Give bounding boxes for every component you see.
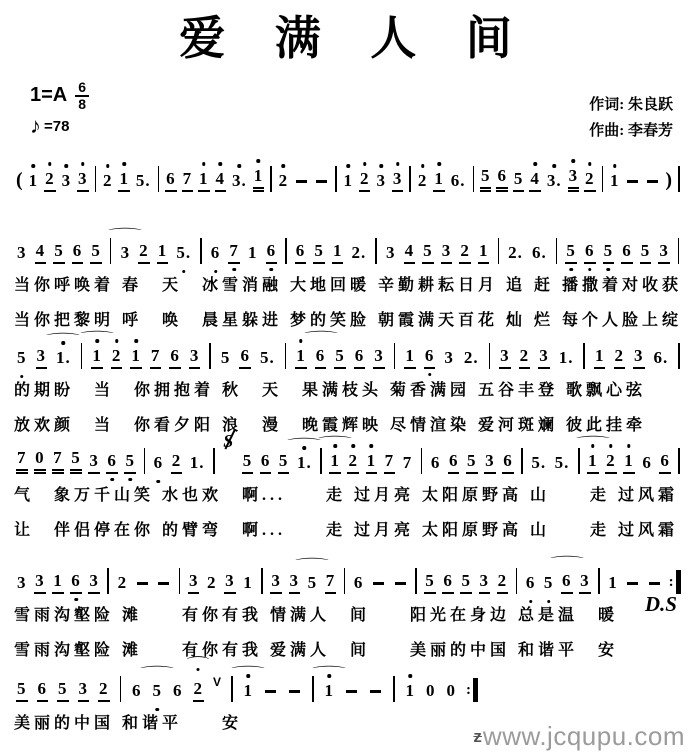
barline bbox=[120, 676, 122, 702]
note-digit: 3 bbox=[485, 451, 495, 470]
note: 5 bbox=[70, 447, 82, 474]
note-digit: 3 bbox=[580, 571, 590, 590]
note: 6 bbox=[354, 345, 366, 369]
note: 3 bbox=[36, 345, 48, 369]
note-digit: 3 bbox=[539, 346, 549, 365]
note-digit: 1 bbox=[131, 346, 141, 365]
slur-arc: ⌒ bbox=[287, 438, 321, 451]
octave-dot-below bbox=[428, 373, 432, 377]
note: 2 bbox=[98, 678, 110, 702]
barline bbox=[144, 448, 146, 474]
note: 0 bbox=[425, 680, 437, 702]
note-digit: 0 bbox=[447, 681, 457, 700]
watermark-logo-icon: z bbox=[473, 727, 482, 747]
music-system-4: 3316323231335⌒7656532656⌒31: 雪雨沟壑险 滩 有你有… bbox=[14, 548, 683, 664]
note: 3⌒ bbox=[120, 242, 132, 264]
note-digit: 7 bbox=[385, 451, 395, 470]
note-digit: 6 bbox=[622, 241, 632, 260]
note: 5 bbox=[220, 347, 232, 369]
octave-dot-below bbox=[182, 270, 186, 274]
note: 1⌒ bbox=[243, 680, 255, 702]
barline bbox=[95, 166, 97, 192]
barline bbox=[409, 166, 411, 192]
note-digit: 3 bbox=[271, 571, 281, 590]
barline bbox=[498, 238, 500, 264]
note-digit: 1. bbox=[190, 453, 205, 472]
lyric-line: 气 象万千山笑 水也欢 啊... 走 过月亮 太阳原野高 山 走 过风霜 bbox=[14, 483, 683, 509]
barline bbox=[158, 166, 160, 192]
note-digit: 3 bbox=[89, 571, 99, 590]
note-digit: 2 bbox=[520, 346, 530, 365]
eighth-note-icon: ♪ bbox=[30, 117, 41, 135]
fermata-dot bbox=[197, 668, 200, 671]
note: 6 bbox=[37, 678, 49, 702]
note-digit: 3 bbox=[376, 171, 386, 190]
note-digit: 5 bbox=[221, 348, 231, 367]
note: 6 bbox=[106, 450, 118, 474]
slur-arc: ⌒ bbox=[231, 666, 265, 679]
note: 6 bbox=[210, 242, 222, 264]
note-digit: 7 bbox=[326, 571, 336, 590]
note: 5. bbox=[135, 170, 152, 192]
note-digit: 1 bbox=[244, 681, 254, 700]
note-digit: 3 bbox=[444, 348, 454, 367]
octave-dot-below bbox=[128, 478, 132, 482]
octave-dot-above bbox=[409, 674, 413, 678]
thick-barline bbox=[473, 678, 478, 702]
octave-dot-above bbox=[363, 162, 367, 166]
meter-numerator: 6 bbox=[75, 80, 89, 97]
note: 0 bbox=[446, 680, 458, 702]
note: 6 bbox=[584, 240, 596, 264]
note: 5⌒ bbox=[152, 680, 164, 702]
note: 2 bbox=[359, 168, 371, 192]
note-digit: 6 bbox=[355, 346, 365, 365]
note-digit: 1 bbox=[254, 166, 264, 185]
note-digit: 0 bbox=[35, 448, 45, 467]
slur-arc: ⌒ bbox=[108, 228, 142, 241]
slur-arc: ⌒ bbox=[576, 436, 610, 449]
duration-dash bbox=[137, 582, 148, 585]
note-digit: 6. bbox=[451, 171, 466, 190]
note: 2 bbox=[614, 345, 626, 369]
note-digit: 1 bbox=[344, 171, 354, 190]
note: 5 bbox=[603, 240, 615, 264]
note: 6 bbox=[266, 240, 278, 264]
note: 1 bbox=[28, 170, 40, 192]
note: 6 bbox=[260, 450, 272, 474]
octave-dot-below bbox=[74, 598, 78, 602]
note: 6 bbox=[239, 345, 251, 369]
note: 6 bbox=[659, 450, 671, 474]
note-digit: 3 bbox=[17, 573, 27, 592]
note: 6 bbox=[621, 240, 633, 264]
duration-dash bbox=[289, 690, 300, 693]
note-digit: 3 bbox=[659, 241, 669, 260]
note-digit: 1 bbox=[53, 571, 63, 590]
slur-arc: ⌒ bbox=[550, 556, 584, 569]
barline bbox=[209, 343, 211, 369]
note-digit: 3 bbox=[225, 571, 235, 590]
note: 3 bbox=[633, 345, 645, 369]
octave-dot-above bbox=[533, 162, 537, 166]
note: 5 bbox=[16, 347, 28, 369]
note-digit: 6 bbox=[240, 346, 250, 365]
note-digit: 7 bbox=[151, 346, 161, 365]
note: 3 bbox=[34, 570, 46, 594]
note-digit: 5 bbox=[544, 573, 554, 592]
note: 3 bbox=[385, 242, 397, 264]
note: 5. bbox=[259, 347, 276, 369]
note: 3 bbox=[484, 450, 496, 474]
note-digit: 6 bbox=[296, 241, 306, 260]
note-digit: 1 bbox=[158, 241, 168, 260]
note: 3 bbox=[78, 678, 90, 702]
note-digit: 7 bbox=[403, 453, 413, 472]
duration-dash bbox=[647, 180, 658, 183]
octave-dot-below bbox=[607, 268, 611, 272]
duration-dash bbox=[346, 690, 357, 693]
barline bbox=[521, 448, 523, 474]
note-digit: 6 bbox=[431, 453, 441, 472]
note-digit: 3 bbox=[79, 679, 89, 698]
note-digit: 3 bbox=[290, 571, 300, 590]
note-digit: 6 bbox=[173, 681, 183, 700]
note-digit: 5 bbox=[54, 241, 64, 260]
note-digit: 1. bbox=[297, 453, 312, 472]
note: 3 bbox=[499, 345, 511, 369]
note-digit: 1 bbox=[29, 171, 39, 190]
note-digit: 3 bbox=[121, 243, 131, 262]
note: 1 bbox=[366, 450, 378, 474]
note-digit: 7 bbox=[17, 448, 27, 467]
octave-dot-above bbox=[627, 444, 631, 448]
lyric-line: 雪雨沟壑险 滩 有你有我 情满人 间 阳光在身边 总是温 暖 bbox=[14, 603, 683, 629]
octave-dot-above bbox=[106, 164, 110, 168]
key-label: 1=A bbox=[30, 84, 67, 107]
slur-arc: ⌒ bbox=[140, 666, 174, 679]
repeat-dots: : bbox=[669, 574, 674, 591]
note: 3 bbox=[270, 570, 282, 594]
note: 5 bbox=[16, 678, 28, 702]
note-digit: 6 bbox=[443, 571, 453, 590]
note-digit: 5 bbox=[17, 679, 27, 698]
barline bbox=[516, 568, 518, 594]
note: 5 bbox=[480, 165, 492, 192]
note: 2 bbox=[519, 345, 531, 369]
note-digit: 2 bbox=[348, 451, 358, 470]
note: 5⌒ bbox=[307, 572, 319, 594]
duration-dash bbox=[395, 582, 406, 585]
note: 5 bbox=[466, 450, 478, 474]
note-digit: 6 bbox=[267, 241, 277, 260]
octave-dot-above bbox=[370, 444, 374, 448]
note: 4 bbox=[529, 168, 541, 192]
note-digit: 1 bbox=[608, 573, 618, 592]
note-digit: 1 bbox=[325, 681, 335, 700]
segno-icon: S bbox=[222, 448, 235, 474]
duration-dash bbox=[316, 180, 327, 183]
note-digit: 5. bbox=[531, 453, 546, 472]
note-digit: 2 bbox=[418, 171, 428, 190]
duration-dash bbox=[627, 582, 638, 585]
note-digit: 6 bbox=[166, 169, 176, 188]
note-digit: 1 bbox=[333, 241, 343, 260]
note: 6 bbox=[448, 450, 460, 474]
notes-row: 5653265⌒62⌒V1⌒1⌒100: bbox=[14, 672, 488, 702]
note-digit: 5 bbox=[314, 241, 324, 260]
octave-dot-above bbox=[115, 339, 119, 343]
credit-lyricist: 作词: 朱良跃 bbox=[589, 92, 673, 118]
note: 5 bbox=[53, 240, 65, 264]
note-digit: 6 bbox=[526, 573, 536, 592]
note-digit: 6 bbox=[71, 571, 81, 590]
repeat-end-barline: : bbox=[466, 678, 478, 702]
octave-dot-above bbox=[421, 164, 425, 168]
note: 3 bbox=[479, 570, 491, 594]
note: 2 bbox=[417, 170, 429, 192]
note: 1 bbox=[343, 170, 355, 192]
octave-dot-below bbox=[214, 270, 218, 274]
note-digit: 1 bbox=[367, 451, 377, 470]
barline bbox=[375, 238, 377, 264]
note: 3 bbox=[579, 570, 591, 594]
note: 6⌒ bbox=[561, 570, 573, 594]
note-digit: 4 bbox=[405, 241, 415, 260]
note-digit: 1 bbox=[248, 243, 258, 262]
note: 4 bbox=[404, 240, 416, 264]
note: 7 bbox=[16, 447, 28, 474]
octave-dot-above bbox=[134, 339, 138, 343]
note: 1 bbox=[594, 345, 606, 369]
note-digit: 6 bbox=[660, 451, 670, 470]
barline bbox=[678, 448, 680, 474]
note-digit: 3 bbox=[35, 571, 45, 590]
note: 1⌒ bbox=[324, 680, 336, 702]
note: 2 bbox=[117, 572, 129, 594]
note: 2. bbox=[463, 347, 480, 369]
note: 1 bbox=[157, 240, 169, 264]
note: 2. bbox=[351, 242, 368, 264]
note-digit: 6 bbox=[354, 573, 364, 592]
note: 3 bbox=[443, 347, 455, 369]
barline bbox=[473, 166, 475, 192]
note-digit: 7 bbox=[53, 448, 63, 467]
note-digit: 5 bbox=[641, 241, 651, 260]
octave-dot-below bbox=[569, 268, 573, 272]
barline bbox=[421, 448, 423, 474]
note-digit: 2. bbox=[464, 348, 479, 367]
barline bbox=[213, 448, 215, 474]
notes-row: 345653⌒215.67166512.3453212.6.565653 bbox=[14, 234, 683, 264]
note: 6 bbox=[295, 240, 307, 264]
note: 2 bbox=[171, 450, 183, 474]
note: 6 bbox=[153, 452, 165, 474]
octave-dot-above bbox=[588, 162, 592, 166]
repeat-end-barline: : bbox=[669, 570, 681, 594]
note: 5 bbox=[422, 240, 434, 264]
note-digit: 3 bbox=[37, 346, 47, 365]
note-digit: 3 bbox=[480, 571, 490, 590]
song-title: 爱 满 人 间 bbox=[0, 2, 693, 68]
note-digit: 1 bbox=[610, 171, 620, 190]
note-digit: 2 bbox=[585, 169, 595, 188]
notes-row: (1233215.67143.121233216.56543.321) bbox=[14, 162, 683, 192]
octave-dot-above bbox=[65, 164, 69, 168]
meter-fraction: 6 8 bbox=[75, 80, 89, 111]
note: 5 bbox=[640, 240, 652, 264]
octave-dot-above bbox=[238, 164, 242, 168]
note: 2. bbox=[507, 242, 524, 264]
duration-dash bbox=[265, 690, 276, 693]
slur-arc: ⌒ bbox=[318, 436, 352, 449]
note-digit: 2 bbox=[99, 679, 109, 698]
note: 3 bbox=[16, 572, 28, 594]
breath-mark: V bbox=[213, 675, 221, 689]
octave-dot-above bbox=[32, 164, 36, 168]
note-digit: 1 bbox=[588, 451, 598, 470]
barline bbox=[285, 238, 287, 264]
note-digit: 6 bbox=[316, 346, 326, 365]
slur-arc: ⌒ bbox=[80, 331, 114, 344]
note: 2 bbox=[278, 170, 290, 192]
note-digit: 6 bbox=[170, 346, 180, 365]
octave-dot-above bbox=[202, 162, 206, 166]
octave-dot-above bbox=[552, 164, 556, 168]
note: 2⌒ bbox=[193, 678, 205, 702]
note-digit: 6 bbox=[425, 346, 435, 365]
note: 7 bbox=[52, 447, 64, 474]
barline bbox=[489, 343, 491, 369]
note-digit: 5 bbox=[58, 679, 68, 698]
note: 6 bbox=[72, 240, 84, 264]
note: 5. bbox=[554, 452, 571, 474]
note: 1 bbox=[52, 570, 64, 594]
note: 7 bbox=[384, 450, 396, 474]
meter-denominator: 8 bbox=[75, 97, 89, 112]
tempo-marking: ♪ =78 bbox=[30, 117, 89, 135]
music-system-3: 7075365621.S5651.⌒1⌒2177665365.5.1⌒2166 … bbox=[14, 428, 683, 544]
octave-dot-below bbox=[588, 268, 592, 272]
note-digit: 3 bbox=[189, 571, 199, 590]
note: 1 bbox=[404, 345, 416, 369]
note-digit: 6 bbox=[132, 681, 142, 700]
barline bbox=[179, 568, 181, 594]
note: 5. bbox=[530, 452, 547, 474]
barline bbox=[344, 568, 346, 594]
barline bbox=[270, 166, 272, 192]
note-digit: 5 bbox=[279, 451, 289, 470]
note-digit: 2 bbox=[207, 573, 217, 592]
octave-dot-above bbox=[613, 164, 617, 168]
note-digit: 1 bbox=[406, 681, 416, 700]
note-digit: 4 bbox=[216, 169, 226, 188]
note: 6 bbox=[442, 570, 454, 594]
note-digit: 6 bbox=[154, 453, 164, 472]
note: 1 bbox=[247, 242, 259, 264]
octave-dot-above bbox=[81, 162, 85, 166]
note: 2 bbox=[44, 168, 56, 192]
intro-paren: ) bbox=[665, 168, 672, 192]
note-digit: 2 bbox=[606, 451, 616, 470]
barline bbox=[335, 166, 337, 192]
tempo-value: =78 bbox=[44, 118, 69, 135]
note: 3 bbox=[538, 345, 550, 369]
note: 6 bbox=[430, 452, 442, 474]
note: 2 bbox=[138, 240, 150, 264]
note-digit: 5 bbox=[604, 241, 614, 260]
lyric-line: 当你呼唤着 春 天 冰雪消融 大地回暖 辛勤耕耘日月 追 赶 播撒着对收获 bbox=[14, 273, 683, 299]
octave-dot-above bbox=[379, 164, 383, 168]
note: 1 bbox=[433, 168, 445, 192]
note: 5 bbox=[334, 345, 346, 369]
note: 5 bbox=[124, 450, 136, 474]
note: 6 bbox=[165, 168, 177, 192]
note: 5. bbox=[175, 242, 192, 264]
note: 3 bbox=[88, 450, 100, 474]
barline bbox=[200, 238, 202, 264]
note-digit: 6 bbox=[497, 166, 507, 185]
slur-arc: ⌒ bbox=[46, 333, 80, 346]
note: 6 bbox=[353, 572, 365, 594]
note: 3 bbox=[375, 170, 387, 192]
music-system-intro: (1233215.67143.121233216.56543.321) bbox=[14, 146, 683, 192]
note-digit: 5 bbox=[461, 571, 471, 590]
note: 6 bbox=[131, 680, 143, 702]
slur-arc: ⌒ bbox=[304, 331, 338, 344]
note-digit: 3. bbox=[232, 171, 247, 190]
note-digit: 2 bbox=[118, 573, 128, 592]
barline bbox=[583, 343, 585, 369]
note: 6 bbox=[641, 452, 653, 474]
barline bbox=[285, 343, 287, 369]
duration-dash bbox=[373, 582, 384, 585]
note: 1.⌒ bbox=[296, 452, 313, 474]
key-signature: 1=A 6 8 bbox=[30, 80, 89, 111]
note-digit: 3 bbox=[442, 241, 452, 260]
duration-dash bbox=[370, 690, 381, 693]
note-digit: 2 bbox=[279, 171, 289, 190]
note: 1 bbox=[118, 168, 130, 192]
note: 6. bbox=[450, 170, 467, 192]
note-digit: 6. bbox=[654, 348, 669, 367]
note: 3. bbox=[546, 170, 563, 192]
note-digit: 3 bbox=[89, 451, 99, 470]
note-digit: 2 bbox=[460, 241, 470, 260]
octave-dot-below bbox=[232, 268, 236, 272]
note: 1 bbox=[253, 165, 265, 192]
music-system-2: 531.⌒1⌒21763565.16⌒5631632.3231.1236. 的期… bbox=[14, 323, 683, 439]
note: 7 bbox=[228, 240, 240, 264]
note-digit: 4 bbox=[530, 169, 540, 188]
note: 3 bbox=[61, 170, 73, 192]
barline bbox=[678, 166, 680, 192]
note: 3 bbox=[189, 345, 201, 369]
note: 5 bbox=[90, 240, 102, 264]
note: 3 bbox=[373, 345, 385, 369]
octave-dot-above bbox=[257, 159, 261, 163]
note-digit: 2 bbox=[194, 679, 204, 698]
note-digit: 5 bbox=[17, 348, 27, 367]
note: 7 bbox=[182, 168, 194, 192]
note-digit: 6 bbox=[449, 451, 459, 470]
octave-dot-below bbox=[110, 478, 114, 482]
note: 6 bbox=[525, 572, 537, 594]
note-digit: 1 bbox=[199, 169, 209, 188]
barline bbox=[415, 568, 417, 594]
note-digit: 1 bbox=[479, 241, 489, 260]
note-digit: 5 bbox=[481, 166, 491, 185]
